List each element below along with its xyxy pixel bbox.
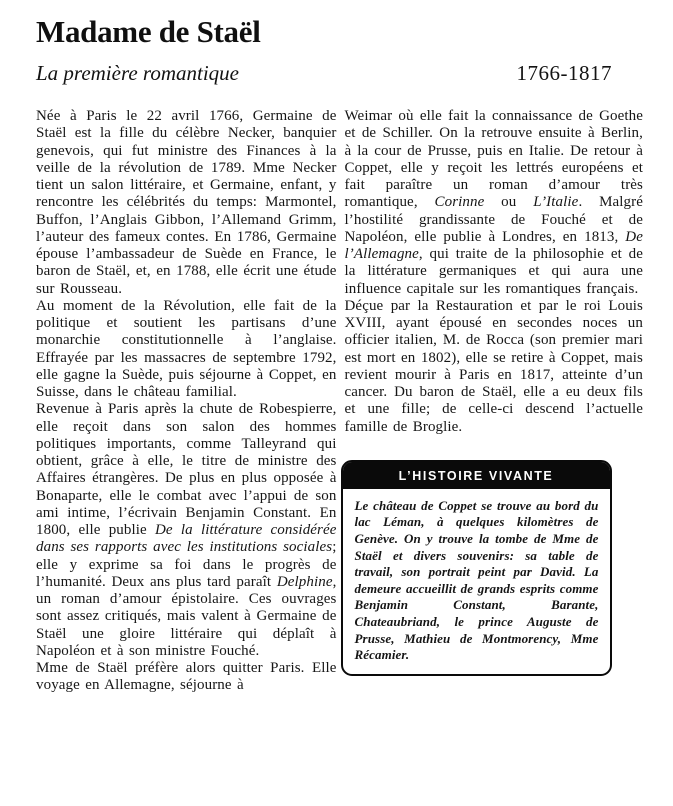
page-subtitle: La première romantique [36, 61, 239, 86]
history-vivante-box: L’HISTOIRE VIVANTE Le château de Coppet … [341, 460, 612, 676]
history-box-title: L’HISTOIRE VIVANTE [343, 462, 610, 489]
right-column: Weimar où elle fait la connaissance de G… [345, 108, 644, 695]
subtitle-row: La première romantique 1766-1817 [36, 61, 613, 86]
paragraph: Mme de Staël préfère alors quitter Paris… [36, 660, 337, 695]
left-column: Née à Paris le 22 avril 1766, Germaine d… [36, 108, 337, 695]
paragraph: Née à Paris le 22 avril 1766, Germaine d… [36, 108, 337, 298]
paragraph: Revenue à Paris après la chute de Robesp… [36, 401, 337, 660]
page-title: Madame de Staël [36, 14, 613, 50]
paragraph: Au moment de la Révolution, elle fait de… [36, 298, 337, 402]
document-page: Madame de Staël La première romantique 1… [0, 0, 673, 806]
paragraph: Déçue par la Restauration et par le roi … [345, 298, 644, 436]
paragraph: Weimar où elle fait la connaissance de G… [345, 108, 644, 298]
article-header: Madame de Staël La première romantique 1… [36, 14, 613, 86]
right-column-text: Weimar où elle fait la connaissance de G… [345, 108, 644, 436]
paragraph: Le château de Coppet se trouve au bord d… [355, 498, 599, 664]
history-box-body: Le château de Coppet se trouve au bord d… [343, 489, 610, 674]
article-body: Née à Paris le 22 avril 1766, Germaine d… [36, 108, 643, 695]
life-dates: 1766-1817 [517, 61, 613, 86]
